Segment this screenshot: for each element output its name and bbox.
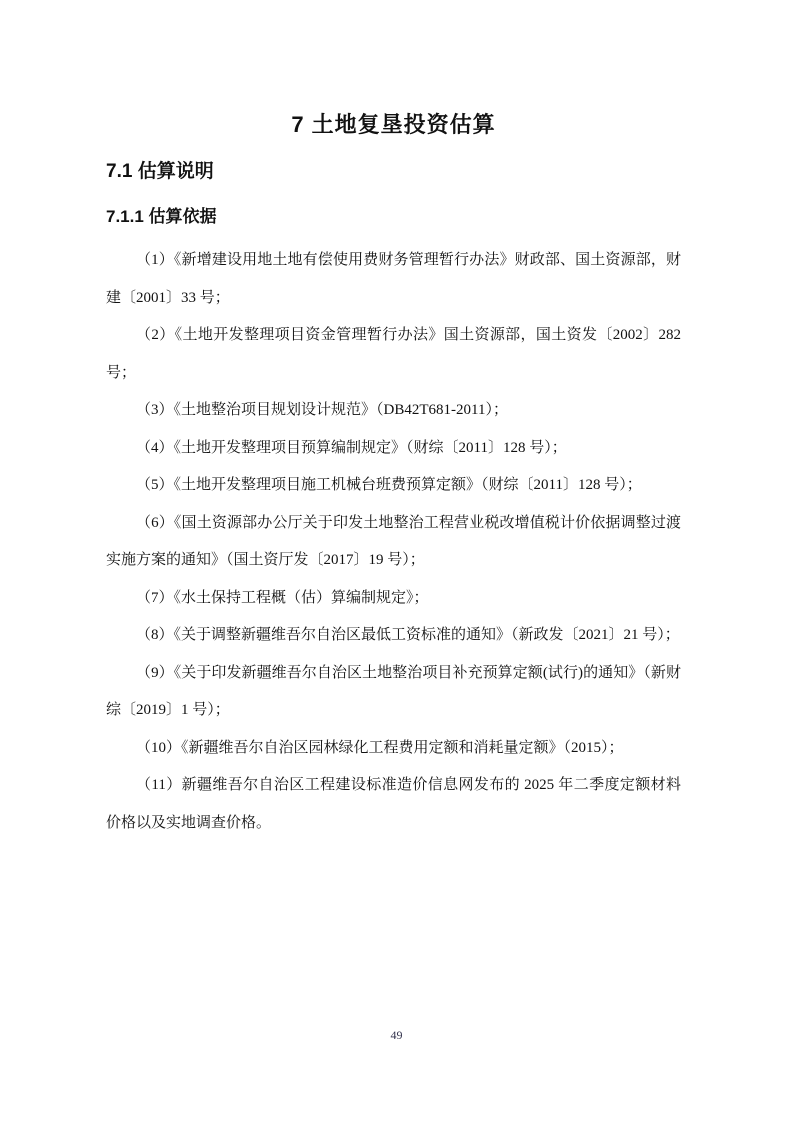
page-number: 49 [0, 1028, 793, 1043]
body-paragraph: （5）《土地开发整理项目施工机械台班费预算定额》（财综〔2011〕128 号）； [106, 467, 681, 505]
body-paragraph: （11）新疆维吾尔自治区工程建设标准造价信息网发布的 2025 年二季度定额材料… [106, 767, 681, 842]
body-paragraph: （9）《关于印发新疆维吾尔自治区土地整治项目补充预算定额(试行)的通知》（新财综… [106, 655, 681, 730]
body-paragraph: （7）《水土保持工程概（估）算编制规定》； [106, 580, 681, 618]
body-paragraph: （8）《关于调整新疆维吾尔自治区最低工资标准的通知》（新政发〔2021〕21 号… [106, 617, 681, 655]
body-paragraph: （2）《土地开发整理项目资金管理暂行办法》国土资源部，国土资发〔2002〕282… [106, 317, 681, 392]
body-paragraph: （4）《土地开发整理项目预算编制规定》（财综〔2011〕128 号）； [106, 430, 681, 468]
document-page: 7 土地复垦投资估算 7.1 估算说明 7.1.1 估算依据 （1）《新增建设用… [0, 0, 793, 1121]
chapter-title: 7 土地复垦投资估算 [106, 113, 681, 137]
body-paragraph: （3）《土地整治项目规划设计规范》（DB42T681-2011）； [106, 392, 681, 430]
section-heading: 7.1 估算说明 [106, 162, 681, 182]
subsection-heading: 7.1.1 估算依据 [106, 208, 681, 226]
body-paragraph: （1）《新增建设用地土地有偿使用费财务管理暂行办法》财政部、国土资源部，财建〔2… [106, 242, 681, 317]
body-paragraph: （6）《国土资源部办公厅关于印发土地整治工程营业税改增值税计价依据调整过渡实施方… [106, 505, 681, 580]
body-paragraph: （10）《新疆维吾尔自治区园林绿化工程费用定额和消耗量定额》（2015）； [106, 730, 681, 768]
body-paragraphs: （1）《新增建设用地土地有偿使用费财务管理暂行办法》财政部、国土资源部，财建〔2… [106, 242, 681, 842]
